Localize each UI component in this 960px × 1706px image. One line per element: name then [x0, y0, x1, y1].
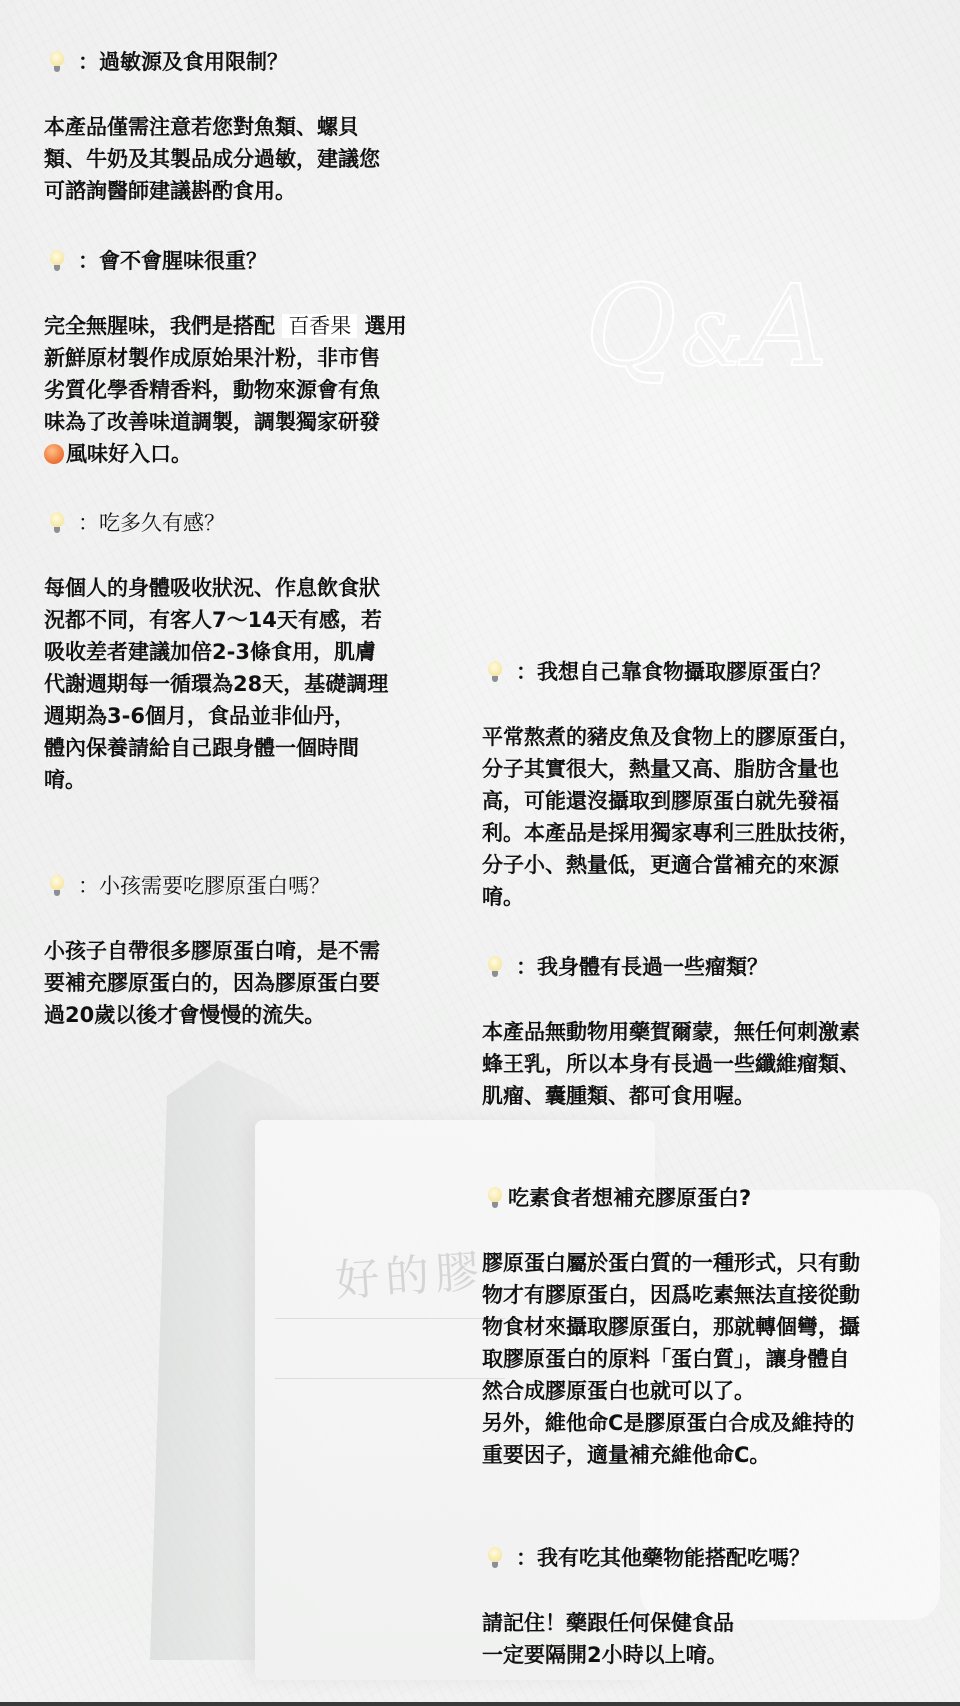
highlight-passion-fruit: 百香果 — [282, 314, 357, 338]
lightbulb-icon — [488, 956, 502, 978]
qa-title: Q&A — [585, 262, 832, 392]
qa-item-food-collagen: ：我想自己靠食物攝取膠原蛋白？ 平常熬煮的豬皮魚及食物上的膠原蛋白， 分子其實很… — [482, 657, 860, 913]
answer: 完全無腥味，我們是搭配 百香果 選用 新鮮原材製作成原始果汁粉，非市售 劣質化學… — [44, 310, 407, 470]
qa-item-medication: ：我有吃其他藥物能搭配吃嗎？ 請記住！藥跟任何保健食品 一定要隔開2小時以上唷。 — [482, 1543, 810, 1671]
product-bag-label: 好的膠 — [333, 1235, 487, 1309]
question: 吃素食者想補充膠原蛋白? — [482, 1183, 860, 1213]
lightbulb-icon — [488, 1187, 502, 1209]
answer: 本產品無動物用藥賀爾蒙，無任何刺激素 蜂王乳，所以本身有長過一些纖維瘤類、 肌瘤… — [482, 1016, 860, 1112]
qa-item-tumors: ：我身體有長過一些瘤類？ 本產品無動物用藥賀爾蒙，無任何刺激素 蜂王乳，所以本身… — [482, 952, 860, 1112]
lightbulb-icon — [488, 661, 502, 683]
lightbulb-icon — [50, 512, 64, 534]
answer: 請記住！藥跟任何保健食品 一定要隔開2小時以上唷。 — [482, 1607, 810, 1671]
answer: 平常熬煮的豬皮魚及食物上的膠原蛋白， 分子其實很大，熱量又高、脂肪含量也 高，可… — [482, 721, 860, 913]
answer: 本產品僅需注意若您對魚類、螺貝 類、牛奶及其製品成分過敏，建議您 可諮詢醫師建議… — [44, 111, 380, 207]
qa-item-allergy: ：過敏源及食用限制？ 本產品僅需注意若您對魚類、螺貝 類、牛奶及其製品成分過敏，… — [44, 47, 380, 207]
qa-item-fishy-taste: ：會不會腥味很重？ 完全無腥味，我們是搭配 百香果 選用 新鮮原材製作成原始果汁… — [44, 246, 407, 470]
lightbulb-icon — [50, 250, 64, 272]
question: ：會不會腥味很重？ — [44, 246, 407, 276]
qa-item-how-long: ：吃多久有感？ 每個人的身體吸收狀況、作息飲食狀 況都不同，有客人7～14天有感… — [44, 508, 388, 796]
lightbulb-icon — [488, 1547, 502, 1569]
question: ：過敏源及食用限制？ — [44, 47, 380, 77]
product-bag-line — [275, 1378, 505, 1379]
qa-item-children: ：小孩需要吃膠原蛋白嗎？ 小孩子自帶很多膠原蛋白唷，是不需 要補充膠原蛋白的，因… — [44, 871, 380, 1031]
lightbulb-icon — [50, 875, 64, 897]
answer: 膠原蛋白屬於蛋白質的一種形式，只有動 物才有膠原蛋白，因爲吃素無法直接從動 物食… — [482, 1247, 860, 1471]
question: ：小孩需要吃膠原蛋白嗎？ — [44, 871, 380, 901]
peach-icon — [44, 444, 64, 464]
answer: 小孩子自帶很多膠原蛋白唷，是不需 要補充膠原蛋白的，因為膠原蛋白要 過20歲以後… — [44, 935, 380, 1031]
answer: 每個人的身體吸收狀況、作息飲食狀 況都不同，有客人7～14天有感，若 吸收差者建… — [44, 572, 388, 796]
product-bag-line — [275, 1318, 505, 1319]
question: ：我想自己靠食物攝取膠原蛋白？ — [482, 657, 860, 687]
question: ：吃多久有感？ — [44, 508, 388, 538]
bottom-bar — [0, 1702, 960, 1706]
qa-item-vegetarian: 吃素食者想補充膠原蛋白? 膠原蛋白屬於蛋白質的一種形式，只有動 物才有膠原蛋白，… — [482, 1183, 860, 1471]
lightbulb-icon — [50, 51, 64, 73]
question: ：我有吃其他藥物能搭配吃嗎？ — [482, 1543, 810, 1573]
question: ：我身體有長過一些瘤類？ — [482, 952, 860, 982]
